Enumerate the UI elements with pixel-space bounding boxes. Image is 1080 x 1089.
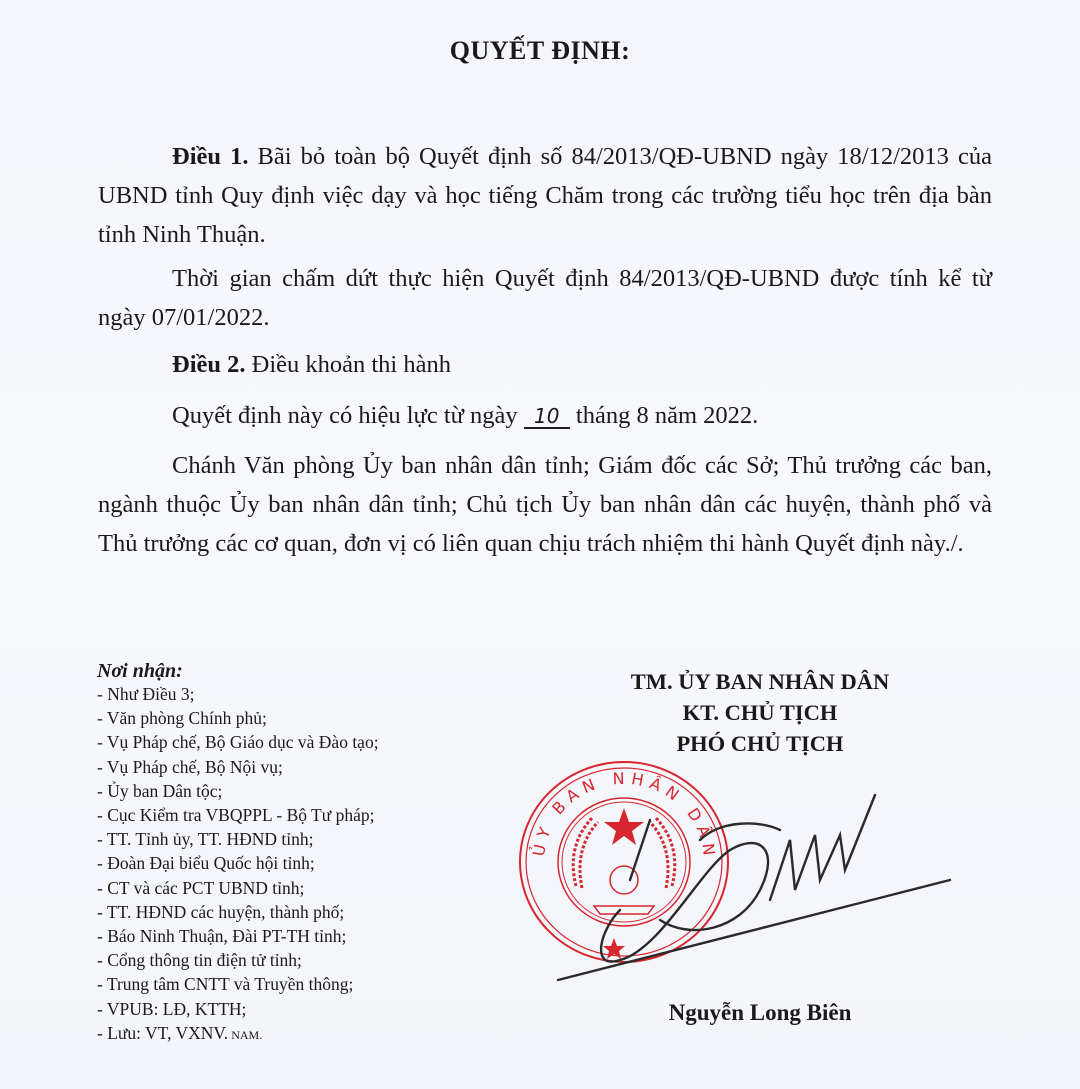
drafter-initials: NAM. <box>228 1028 262 1042</box>
document-page: QUYẾT ĐỊNH: Điều 1. Bãi bỏ toàn bộ Quyết… <box>0 0 1080 1089</box>
responsibility-text: Chánh Văn phòng Ủy ban nhân dân tỉnh; Gi… <box>98 446 992 563</box>
effective-date-paragraph: Quyết định này có hiệu lực từ ngày 10 th… <box>98 396 992 435</box>
list-item: - TT. Tỉnh ủy, TT. HĐND tỉnh; <box>97 827 379 851</box>
article-2-label: Điều 2. <box>172 351 246 378</box>
article-1: Điều 1. Bãi bỏ toàn bộ Quyết định số 84/… <box>98 137 992 254</box>
document-title: QUYẾT ĐỊNH: <box>0 36 1080 66</box>
list-item: - VPUB: LĐ, KTTH; <box>97 997 379 1021</box>
list-item-archive: - Lưu: VT, VXNV. NAM. <box>97 1021 379 1047</box>
list-item: - Cục Kiểm tra VBQPPL - Bộ Tư pháp; <box>97 803 379 827</box>
list-item: - Văn phòng Chính phủ; <box>97 706 379 730</box>
list-item: - CT và các PCT UBND tỉnh; <box>97 876 379 900</box>
recipients-heading: Nơi nhận: <box>97 660 379 682</box>
signature-line-3: PHÓ CHỦ TỊCH <box>580 728 940 759</box>
termination-text: Thời gian chấm dứt thực hiện Quyết định … <box>98 259 992 337</box>
list-item: - Vụ Pháp chế, Bộ Giáo dục và Đào tạo; <box>97 730 379 754</box>
effective-before: Quyết định này có hiệu lực từ ngày <box>172 402 524 429</box>
list-item: - Vụ Pháp chế, Bộ Nội vụ; <box>97 755 379 779</box>
list-item: - TT. HĐND các huyện, thành phố; <box>97 900 379 924</box>
effective-after: tháng 8 năm 2022. <box>570 402 759 429</box>
list-item: - Cổng thông tin điện tử tỉnh; <box>97 948 379 972</box>
handwritten-day: 10 <box>524 405 570 429</box>
list-item: - Ủy ban Dân tộc; <box>97 779 379 803</box>
signature-block: TM. ỦY BAN NHÂN DÂN KT. CHỦ TỊCH PHÓ CHỦ… <box>580 666 940 759</box>
article-2-text: Điều khoản thi hành <box>246 351 452 378</box>
list-item: - Đoàn Đại biểu Quốc hội tỉnh; <box>97 851 379 875</box>
list-item: - Báo Ninh Thuận, Đài PT-TH tỉnh; <box>97 924 379 948</box>
responsibility-paragraph: Chánh Văn phòng Ủy ban nhân dân tỉnh; Gi… <box>98 446 992 563</box>
recipients-list: - Như Điều 3; - Văn phòng Chính phủ; - V… <box>97 682 379 1047</box>
article-1-label: Điều 1. <box>172 143 248 170</box>
signer-name: Nguyễn Long Biên <box>580 1000 940 1026</box>
article-2: Điều 2. Điều khoản thi hành <box>98 345 992 384</box>
list-item: - Trung tâm CNTT và Truyền thông; <box>97 972 379 996</box>
signature-line-1: TM. ỦY BAN NHÂN DÂN <box>580 666 940 697</box>
recipients-block: Nơi nhận: - Như Điều 3; - Văn phòng Chín… <box>97 660 379 1047</box>
list-item: - Như Điều 3; <box>97 682 379 706</box>
termination-paragraph: Thời gian chấm dứt thực hiện Quyết định … <box>98 259 992 337</box>
handwritten-signature-icon <box>540 780 960 990</box>
signature-line-2: KT. CHỦ TỊCH <box>580 697 940 728</box>
